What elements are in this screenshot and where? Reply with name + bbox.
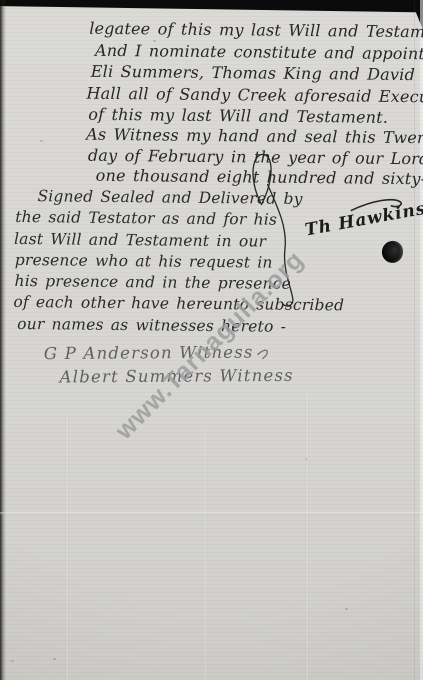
scanned-will-page: legatee of this my last Will and Testame… <box>0 0 423 680</box>
scan-vignette <box>0 0 423 680</box>
